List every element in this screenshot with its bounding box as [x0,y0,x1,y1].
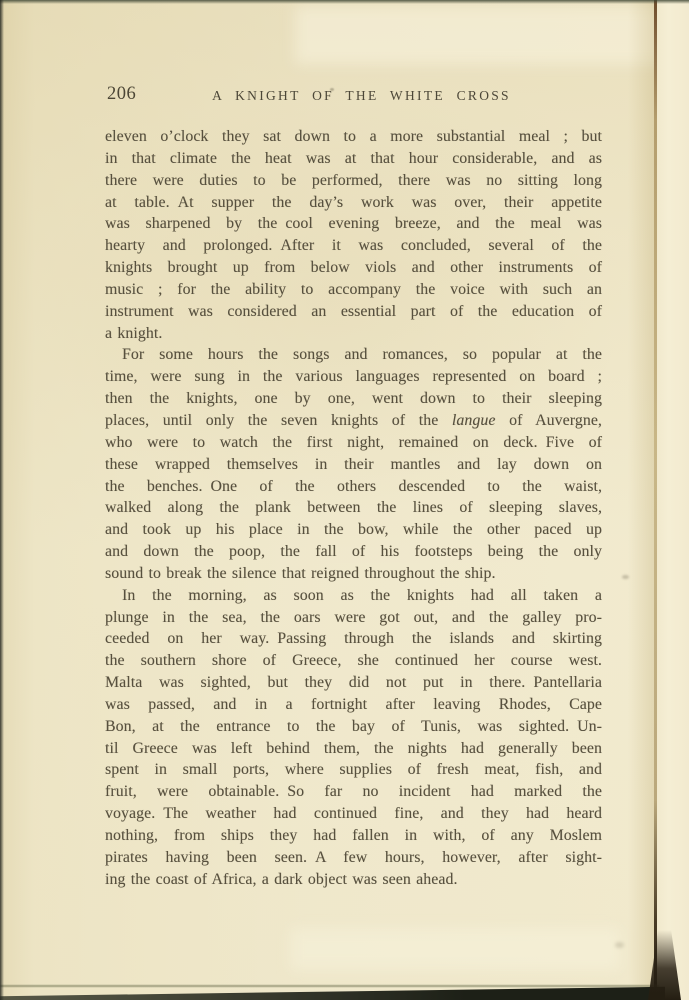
text-line: and took up his place in the bow, while … [105,519,602,541]
text-line: these wrapped themselves in their mantle… [105,454,602,476]
text-line: pirates having been seen. A few hours, h… [105,847,602,869]
page-body: eleven o’clock they sat down to a more s… [105,126,602,891]
page-fore-edge [657,0,689,1000]
paragraph: eleven o’clock they sat down to a more s… [105,126,602,344]
text-line: nothing, from ships they had fallen in w… [105,825,602,847]
text-line: fruit, were obtainable. So far no incide… [105,781,602,803]
text-line: the southern shore of Greece, she contin… [105,650,602,672]
text-line: ing the coast of Africa, a dark object w… [105,869,602,891]
text-line: time, were sung in the various languages… [105,366,602,388]
text-line: til Greece was left behind them, the nig… [105,738,602,760]
text-line: instrument was considered an essential p… [105,301,602,323]
running-head: A KNIGHT OF THE WHITE CROSS [113,88,610,104]
text-line: was sharpened by the cool evening breeze… [105,213,602,235]
text-segment: places, until only the seven knights of … [105,412,452,429]
paragraph: For some hours the songs and romances, s… [105,344,602,584]
text-line: ceeded on her way. Passing through the i… [105,628,602,650]
paragraph: In the morning, as soon as the knights h… [105,585,602,891]
text-line: was passed, and in a fortnight after lea… [105,694,602,716]
text-line: a knight. [105,323,602,345]
text-line: Malta was sighted, but they did not put … [105,672,602,694]
text-line: then the knights, one by one, went down … [105,388,602,410]
text-line: eleven o’clock they sat down to a more s… [105,126,602,148]
text-line: Bon, at the entrance to the bay of Tunis… [105,716,602,738]
text-line: sound to break the silence that reigned … [105,563,602,585]
text-line: at table. At supper the day’s work was o… [105,192,602,214]
paper-smudge [622,575,629,579]
text-line: For some hours the songs and romances, s… [105,344,602,366]
photo-edge-top [0,0,689,4]
text-line: places, until only the seven knights of … [105,410,602,432]
page-edge-line [654,0,657,1000]
text-line: music ; for the ability to accompany the… [105,279,602,301]
text-line: hearty and prolonged. After it was concl… [105,235,602,257]
text-line: there were duties to be performed, there… [105,170,602,192]
text-line: plunge in the sea, the oars were got out… [105,607,602,629]
paper-smudge [615,942,624,948]
text-line: who were to watch the first night, remai… [105,432,602,454]
page-bottom-crease [0,985,659,987]
text-line: voyage. The weather had continued fine, … [105,803,602,825]
book-page-photo: 206 A KNIGHT OF THE WHITE CROSS eleven o… [0,0,689,1000]
text-line: and down the poop, the fall of his foots… [105,541,602,563]
text-line: in that climate the heat was at that hou… [105,148,602,170]
photo-edge-left [0,0,4,1000]
photo-edge-bottom [0,985,665,1000]
text-line: knights brought up from below viols and … [105,257,602,279]
italic-text: langue [452,412,496,429]
page-edge-shadow [628,0,654,1000]
text-line: In the morning, as soon as the knights h… [105,585,602,607]
scan-light-stripe [290,928,620,970]
text-line: spent in small ports, where supplies of … [105,759,602,781]
text-segment: of Auvergne, [496,412,602,429]
text-line: walked along the plank between the lines… [105,497,602,519]
text-line: the benches. One of the others descended… [105,476,602,498]
